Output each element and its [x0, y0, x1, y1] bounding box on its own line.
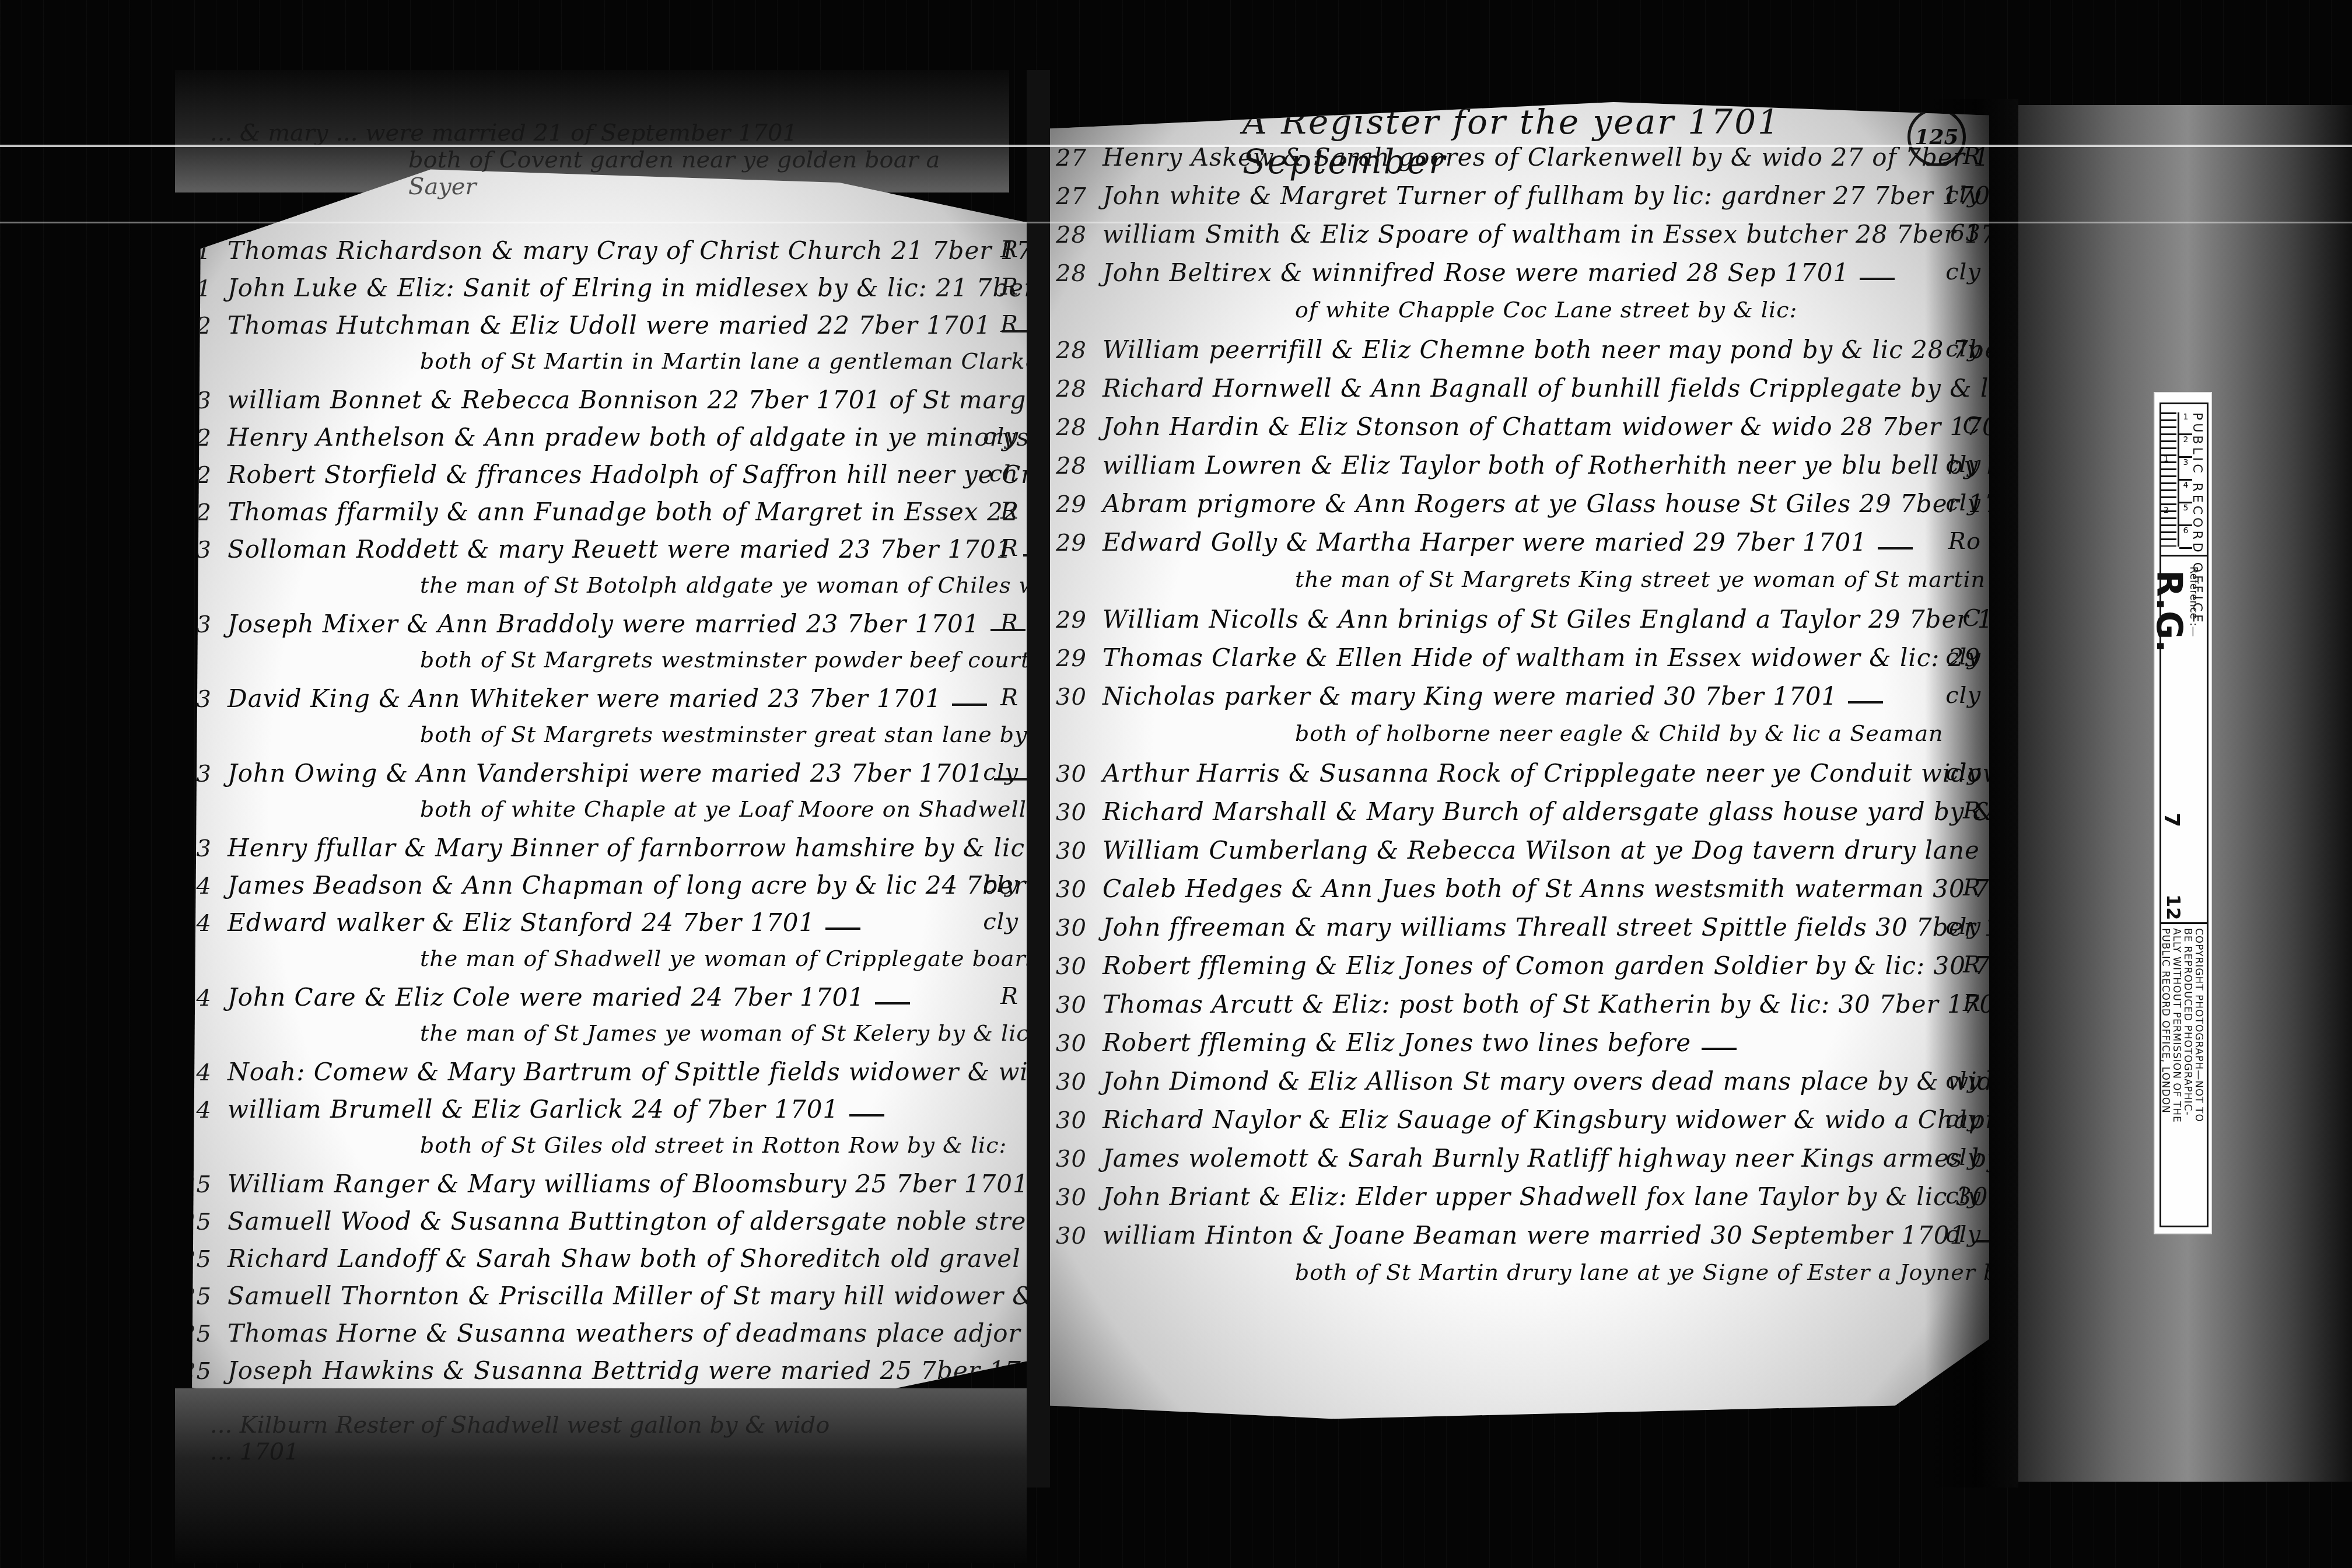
scale-cm-4: 4: [2179, 481, 2192, 503]
entry-text: John Beltirex & winnifred Rose were mari…: [1102, 258, 1849, 287]
register-entry: 27Henry Askew & Sarah goores of Clarkenw…: [1050, 143, 1989, 171]
entry-text: both of St Martin drury lane at ye Signe…: [1295, 1259, 1989, 1285]
register-entry: 25Richard Landoff & Sarah Shaw both of S…: [175, 1244, 1027, 1273]
copyright-line-2: BE REPRODUCED PHOTOGRAPHIC-: [2182, 928, 2193, 1116]
register-entry: 28William peerrifill & Eliz Chemne both …: [1050, 335, 1989, 364]
entry-officiant-mark: R: [1000, 684, 1019, 711]
obscured-line: ... Kilburn Rester of Shadwell west gall…: [210, 1412, 1015, 1438]
reference-series: R.G.: [2148, 570, 2189, 653]
right-page-edge-shadow: [1925, 99, 2018, 1487]
entry-day: 28: [1056, 453, 1102, 480]
entry-day: 30: [1056, 838, 1102, 864]
register-entry: 28Richard Hornwell & Ann Bagnall of bunh…: [1050, 374, 1989, 402]
entry-text: william Hinton & Joane Beaman were marri…: [1102, 1221, 1966, 1249]
scale-cm-5: 5: [2179, 503, 2192, 526]
entry-text: Henry Anthelson & Ann pradew both of ald…: [228, 423, 1027, 452]
register-entry: 23william Bonnet & Rebecca Bonnison 22 7…: [175, 386, 1027, 414]
entry-text: Thomas Horne & Susanna weathers of deadm…: [228, 1319, 1027, 1347]
entry-text: Joseph Mixer & Ann Braddoly were married…: [228, 610, 980, 638]
entry-text: william Lowren & Eliz Taylor both of Rot…: [1102, 451, 1989, 480]
entry-text: James wolemott & Sarah Burnly Ratliff hi…: [1102, 1144, 1989, 1172]
entry-officiant-mark: cly: [983, 759, 1019, 786]
entry-officiant-mark: ch: [989, 460, 1019, 487]
register-entry-subline: both of St Giles old street in Rotton Ro…: [175, 1132, 1027, 1158]
entry-text: Edward walker & Eliz Stanford 24 7ber 17…: [228, 908, 815, 937]
reference-caption: Reference :—: [2187, 566, 2200, 636]
entry-officiant-mark: R: [1000, 610, 1019, 636]
entry-text: Thomas ffarmily & ann Funadge both of Ma…: [228, 498, 1027, 526]
register-entry: 25Samuell Thornton & Priscilla Miller of…: [175, 1282, 1027, 1310]
register-entry-subline: both of holborne neer eagle & Child by &…: [1050, 720, 1989, 746]
register-entry: 30Robert ffleming & Eliz Jones two lines…: [1050, 1028, 1989, 1057]
entry-officiant-mark: R: [1000, 274, 1019, 300]
register-entry: 24Noah: Comew & Mary Bartrum of Spittle …: [175, 1058, 1027, 1086]
entry-text: the man of Shadwell ye woman of Crippleg…: [420, 946, 1027, 971]
entry-rule-line: [825, 928, 860, 930]
entry-text: Edward Golly & Martha Harper were maried…: [1102, 528, 1867, 556]
register-entry: 23John Owing & Ann Vandershipi were mari…: [175, 759, 1027, 787]
copyright-line-3: ALLY WITHOUT PERMISSION OF THE: [2171, 928, 2182, 1123]
archive-reference-label: PUBLIC RECORD OFFICE 1 2 3 4 5 6 1 2 Ref…: [2154, 392, 2212, 1234]
entry-rule-line: [1848, 701, 1883, 703]
entry-text: Richard Hornwell & Ann Bagnall of bunhil…: [1102, 374, 1989, 402]
entry-rule-line: [1878, 547, 1913, 549]
register-entry: 30John ffreeman & mary williams Threall …: [1050, 913, 1989, 942]
entry-text: Henry Askew & Sarah goores of Clarkenwel…: [1102, 143, 1989, 171]
register-entry: 30william Hinton & Joane Beaman were mar…: [1050, 1221, 1989, 1249]
register-entry: 29Edward Golly & Martha Harper were mari…: [1050, 528, 1989, 556]
scale-cm-boxes: 1 2 3 4 5 6: [2178, 412, 2192, 547]
register-entry: 30John Dimond & Eliz Allison St mary ove…: [1050, 1067, 1989, 1095]
register-entry: 21Thomas Richardson & mary Cray of Chris…: [175, 236, 1027, 265]
entry-text: John ffreeman & mary williams Threall st…: [1102, 913, 1989, 942]
entry-text: John Luke & Eliz: Sanit of Elring in mid…: [228, 274, 1027, 302]
register-entry: 30Thomas Arcutt & Eliz: post both of St …: [1050, 990, 1989, 1019]
entry-text: both of St Margrets westminster powder b…: [420, 647, 1027, 673]
entry-text: William peerrifill & Eliz Chemne both ne…: [1102, 335, 1989, 364]
register-entry: 25Samuell Wood & Susanna Buttington of a…: [175, 1207, 1027, 1235]
register-entry: 23Solloman Roddett & mary Reuett were ma…: [175, 535, 1027, 563]
scale-inch-2: 2: [2164, 506, 2169, 515]
entry-text: both of holborne neer eagle & Child by &…: [1295, 720, 1944, 746]
entry-text: Robert ffleming & Eliz Jones of Comon ga…: [1102, 951, 1989, 980]
entry-text: Arthur Harris & Susanna Rock of Crippleg…: [1102, 759, 1989, 787]
book-gutter: [1027, 70, 1050, 1487]
register-entry: 28william Lowren & Eliz Taylor both of R…: [1050, 451, 1989, 480]
entry-text: william Bonnet & Rebecca Bonnison 22 7be…: [228, 386, 1027, 414]
entry-day: 30: [1056, 684, 1102, 710]
register-entry-subline: of white Chapple Coc Lane street by & li…: [1050, 297, 1989, 323]
entry-text: Samuell Wood & Susanna Buttington of ald…: [228, 1207, 1027, 1235]
register-entry: 30John Briant & Eliz: Elder upper Shadwe…: [1050, 1182, 1989, 1211]
entry-day: 30: [1056, 953, 1102, 980]
entry-day: 28: [1056, 337, 1102, 364]
entry-officiant-mark: cly: [983, 423, 1019, 450]
obscured-line: ... 1701: [210, 1438, 1015, 1465]
entry-day: 30: [1056, 915, 1102, 942]
entry-text: William Cumberlang & Rebecca Wilson at y…: [1102, 836, 1989, 864]
entry-text: Solloman Roddett & mary Reuett were mari…: [228, 535, 1013, 563]
register-entry-subline: the man of St Margrets King street ye wo…: [1050, 566, 1989, 592]
entry-day: 30: [1056, 761, 1102, 787]
entry-text: the man of St James ye woman of St Keler…: [420, 1020, 1027, 1046]
register-entry-subline: the man of Shadwell ye woman of Crippleg…: [175, 946, 1027, 971]
entry-text: John white & Margret Turner of fullham b…: [1102, 181, 1989, 210]
label-border: PUBLIC RECORD OFFICE 1 2 3 4 5 6 1 2 Ref…: [2159, 402, 2208, 1227]
scale-inch-1: 1: [2164, 454, 2169, 464]
entry-text: William Ranger & Mary williams of Blooms…: [228, 1170, 1027, 1198]
entry-text: Henry ffullar & Mary Binner of farnborro…: [228, 834, 1027, 862]
entry-officiant-mark: cly: [983, 871, 1019, 898]
entry-day: 29: [1056, 530, 1102, 556]
entry-text: Robert ffleming & Eliz Jones two lines b…: [1102, 1028, 1691, 1057]
entry-text: John Briant & Eliz: Elder upper Shadwell…: [1102, 1182, 1989, 1211]
register-entry: 21John Luke & Eliz: Sanit of Elring in m…: [175, 274, 1027, 302]
entry-text: both of St Margrets westminster great st…: [420, 722, 1027, 747]
entry-officiant-mark: R: [1000, 311, 1019, 338]
entry-day: 30: [1056, 876, 1102, 903]
entry-text: John Care & Eliz Cole were maried 24 7be…: [228, 983, 864, 1012]
entry-day: 30: [1056, 1223, 1102, 1249]
entry-day: 28: [1056, 376, 1102, 402]
entry-day: 29: [1056, 645, 1102, 672]
entry-text: James Beadson & Ann Chapman of long acre…: [228, 871, 1027, 900]
scale-cm-6: 6: [2179, 526, 2192, 549]
scale-cm-3: 3: [2179, 458, 2192, 481]
obscured-line: both of Covent garden near ye golden boa…: [210, 146, 1015, 200]
entry-day: 28: [1056, 260, 1102, 287]
entry-day: 30: [1056, 1146, 1102, 1172]
register-entry: 28John Hardin & Eliz Stonson of Chattam …: [1050, 412, 1989, 441]
left-page-obscured-top: ... & mary ... were married 21 of Septem…: [210, 120, 1015, 190]
entry-text: william Brumell & Eliz Garlick 24 of 7be…: [228, 1095, 839, 1123]
right-page: A Register for the year 1701 September 1…: [1050, 102, 1989, 1432]
entry-rule-line: [875, 1002, 910, 1005]
entry-officiant-mark: R: [1000, 236, 1019, 263]
register-entry: 22Robert Storfield & ffrances Hadolph of…: [175, 460, 1027, 489]
entry-day: 28: [1056, 414, 1102, 441]
register-entry: 25Joseph Hawkins & Susanna Bettridg were…: [175, 1356, 1027, 1385]
measurement-scale: 1 2 3 4 5 6 1 2: [2161, 412, 2192, 552]
register-entry-subline: both of white Chaple at ye Loaf Moore on…: [175, 796, 1027, 822]
film-scratch: [0, 145, 2352, 147]
entry-rule-line: [1860, 278, 1895, 280]
entry-text: Richard Naylor & Eliz Sauage of Kingsbur…: [1102, 1105, 1989, 1134]
entry-text: Thomas Clarke & Ellen Hide of waltham in…: [1102, 643, 1989, 672]
entry-text: Robert Storfield & ffrances Hadolph of S…: [228, 460, 1027, 489]
left-page: 21Thomas Richardson & mary Cray of Chris…: [175, 143, 1027, 1467]
entry-text: Nicholas parker & mary King were maried …: [1102, 682, 1838, 710]
register-entry: 30Arthur Harris & Susanna Rock of Crippl…: [1050, 759, 1989, 787]
scale-cm-2: 2: [2179, 435, 2192, 458]
copyright-line-1: COPYRIGHT PHOTOGRAPH—NOT TO: [2193, 928, 2204, 1122]
entry-text: Thomas Richardson & mary Cray of Christ …: [228, 236, 1027, 265]
register-entry: 30Nicholas parker & mary King were marie…: [1050, 682, 1989, 710]
register-entry: 23David King & Ann Whiteker were maried …: [175, 684, 1027, 713]
entry-text: the man of St Margrets King street ye wo…: [1295, 566, 1989, 592]
entry-text: the man of St Botolph aldgate ye woman o…: [420, 572, 1027, 598]
register-entry: 23Joseph Mixer & Ann Braddoly were marri…: [175, 610, 1027, 638]
entry-day: 27: [1056, 183, 1102, 210]
register-entry: 23Henry ffullar & Mary Binner of farnbor…: [175, 834, 1027, 862]
register-entry-subline: the man of St Botolph aldgate ye woman o…: [175, 572, 1027, 598]
entry-day: 29: [1056, 491, 1102, 518]
entry-day: 30: [1056, 1069, 1102, 1095]
entry-text: Abram prigmore & Ann Rogers at ye Glass …: [1102, 489, 1989, 518]
register-entry-subline: both of St Martin in Martin lane a gentl…: [175, 348, 1027, 374]
entry-text: Thomas Hutchman & Eliz Udoll were maried…: [228, 311, 991, 339]
label-divider: [2161, 922, 2207, 924]
register-entry: 25Thomas Horne & Susanna weathers of dea…: [175, 1319, 1027, 1347]
register-entry: 24John Care & Eliz Cole were maried 24 7…: [175, 983, 1027, 1012]
register-entry: 24Edward walker & Eliz Stanford 24 7ber …: [175, 908, 1027, 937]
entry-text: Caleb Hedges & Ann Jues both of St Anns …: [1102, 874, 1989, 903]
register-entry: 30Robert ffleming & Eliz Jones of Comon …: [1050, 951, 1989, 980]
reference-piece: 7: [2159, 813, 2183, 827]
register-entry: 29Thomas Clarke & Ellen Hide of waltham …: [1050, 643, 1989, 672]
register-entry: 29William Nicolls & Ann brinigs of St Gi…: [1050, 605, 1989, 633]
entry-day: 30: [1056, 992, 1102, 1019]
entry-day: 30: [1056, 1184, 1102, 1211]
entry-text: Noah: Comew & Mary Bartrum of Spittle fi…: [228, 1058, 1027, 1086]
label-divider: [2161, 555, 2207, 556]
register-entry: 27John white & Margret Turner of fullham…: [1050, 181, 1989, 210]
entry-rule-line: [1702, 1048, 1737, 1050]
entry-day: 30: [1056, 1030, 1102, 1057]
entry-text: Richard Marshall & Mary Burch of aldersg…: [1102, 797, 1989, 826]
register-entry: 22Thomas Hutchman & Eliz Udoll were mari…: [175, 311, 1027, 339]
entry-day: 30: [1056, 1107, 1102, 1134]
scale-cm-1: 1: [2179, 412, 2192, 435]
entry-text: Samuell Thornton & Priscilla Miller of S…: [228, 1282, 1027, 1310]
register-entry: 28william Smith & Eliz Spoare of waltham…: [1050, 220, 1989, 249]
film-scratch: [0, 222, 2352, 223]
scale-ticks: [2161, 412, 2176, 547]
copyright-line-4: PUBLIC RECORD OFFICE, LONDON: [2159, 928, 2171, 1114]
entry-officiant-mark: R: [1000, 983, 1019, 1010]
entry-text: william Smith & Eliz Spoare of waltham i…: [1102, 220, 1989, 249]
register-entry-subline: both of St Margrets westminster powder b…: [175, 647, 1027, 673]
entry-text: John Owing & Ann Vandershipi were maried…: [228, 759, 984, 787]
entry-text: both of St Martin in Martin lane a gentl…: [420, 348, 1027, 374]
register-entry: 22Henry Anthelson & Ann pradew both of a…: [175, 423, 1027, 452]
entry-text: both of St Giles old street in Rotton Ro…: [420, 1132, 1007, 1158]
entry-text: John Dimond & Eliz Allison St mary overs…: [1102, 1067, 1989, 1095]
register-entry-subline: both of St Margrets westminster great st…: [175, 722, 1027, 747]
entry-officiant-mark: R: [1000, 535, 1019, 562]
register-entry: 30Caleb Hedges & Ann Jues both of St Ann…: [1050, 874, 1989, 903]
entry-day: 29: [1056, 607, 1102, 633]
entry-officiant-mark: cly: [983, 908, 1019, 935]
entry-text: William Nicolls & Ann brinigs of St Gile…: [1102, 605, 1989, 633]
register-entry-subline: both of St Martin drury lane at ye Signe…: [1050, 1259, 1989, 1285]
reference-item: 12: [2162, 894, 2185, 921]
entry-text: both of white Chaple at ye Loaf Moore on…: [420, 796, 1027, 822]
register-entry: 30William Cumberlang & Rebecca Wilson at…: [1050, 836, 1989, 864]
register-entry: 29Abram prigmore & Ann Rogers at ye Glas…: [1050, 489, 1989, 518]
entry-day: 28: [1056, 222, 1102, 249]
register-entry: 30James wolemott & Sarah Burnly Ratliff …: [1050, 1144, 1989, 1172]
entry-text: Richard Landoff & Sarah Shaw both of Sho…: [228, 1244, 1027, 1273]
register-entry: 24James Beadson & Ann Chapman of long ac…: [175, 871, 1027, 900]
register-entry: 24william Brumell & Eliz Garlick 24 of 7…: [175, 1095, 1027, 1123]
entry-rule-line: [849, 1114, 884, 1116]
entry-text: David King & Ann Whiteker were maried 23…: [228, 684, 942, 713]
entry-text: Joseph Hawkins & Susanna Bettridg were m…: [228, 1356, 1027, 1385]
register-entry: 30Richard Naylor & Eliz Sauage of Kingsb…: [1050, 1105, 1989, 1134]
register-entry: 25William Ranger & Mary williams of Bloo…: [175, 1170, 1027, 1198]
left-page-obscured-bottom: ... Kilburn Rester of Shadwell west gall…: [210, 1412, 1015, 1505]
entry-officiant-mark: R: [1000, 498, 1019, 524]
register-entry: 22Thomas ffarmily & ann Funadge both of …: [175, 498, 1027, 526]
register-entry: 30Richard Marshall & Mary Burch of alder…: [1050, 797, 1989, 826]
entry-text: Thomas Arcutt & Eliz: post both of St Ka…: [1102, 990, 1989, 1019]
entry-text: of white Chapple Coc Lane street by & li…: [1295, 297, 1797, 323]
register-entry: 28John Beltirex & winnifred Rose were ma…: [1050, 258, 1989, 287]
entry-rule-line: [952, 703, 987, 706]
entry-text: John Hardin & Eliz Stonson of Chattam wi…: [1102, 412, 1989, 441]
register-entry-subline: the man of St James ye woman of St Keler…: [175, 1020, 1027, 1046]
obscured-line: ... & mary ... were married 21 of Septem…: [210, 120, 1015, 146]
entry-day: 27: [1056, 145, 1102, 171]
entry-day: 30: [1056, 799, 1102, 826]
